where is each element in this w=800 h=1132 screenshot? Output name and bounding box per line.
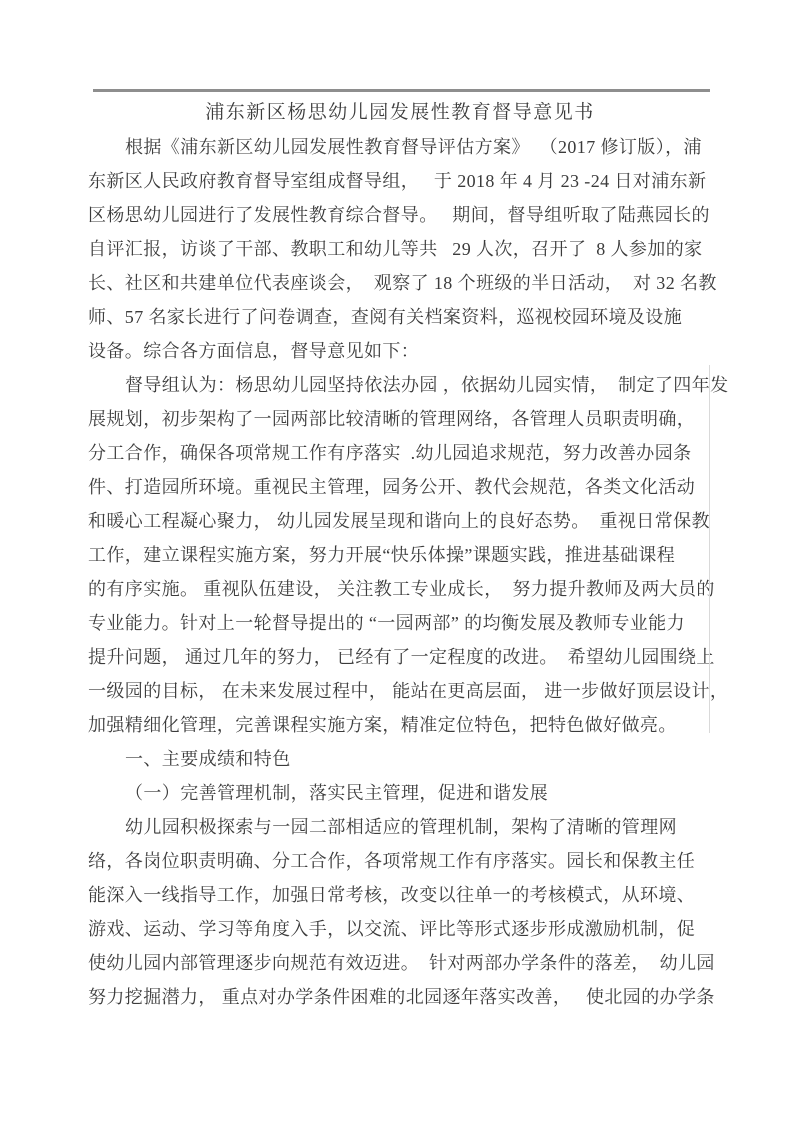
text-line: 设备。综合各方面信息，督导意见如下： — [88, 334, 715, 368]
text-line: 游戏、运动、学习等角度入手，以交流、评比等形式逐步形成激励机制，促 — [88, 912, 715, 946]
text-line: 根据《浦东新区幼儿园发展性教育督导评估方案》 （2017 修订版），浦 — [88, 130, 715, 164]
text-line: 自评汇报，访谈了干部、教职工和幼儿等共 29 人次，召开了 8 人参加的家 — [88, 232, 715, 266]
text-line: 的有序实施。 重视队伍建设， 关注教工专业成长， 努力提升教师及两大员的 — [88, 572, 715, 606]
text-line: 长、社区和共建单位代表座谈会， 观察了 18 个班级的半日活动， 对 32 名教 — [88, 266, 715, 300]
text-line: 一级园的目标， 在未来发展过程中， 能站在更高层面， 进一步做好顶层设计， — [88, 674, 715, 708]
text-line: 努力挖掘潜力， 重点对办学条件困难的北园逐年落实改善， 使北园的办学条 — [88, 980, 715, 1014]
right-border-line — [709, 365, 710, 733]
text-line: 东新区人民政府教育督导室组成督导组， 于 2018 年 4 月 23 -24 日… — [88, 164, 715, 198]
text-line: 工作，建立课程实施方案，努力开展“快乐体操”课题实践，推进基础课程 — [88, 538, 715, 572]
text-line: 提升问题， 通过几年的努力， 已经有了一定程度的改进。 希望幼儿园围绕上 — [88, 640, 715, 674]
text-line: 使幼儿园内部管理逐步向规范有效迈进。 针对两部办学条件的落差， 幼儿园 — [88, 946, 715, 980]
text-line: 幼儿园积极探索与一园二部相适应的管理机制，架构了清晰的管理网 — [88, 810, 715, 844]
text-line: 展规划，初步架构了一园两部比较清晰的管理网络，各管理人员职责明确， — [88, 402, 715, 436]
document-page: 浦东新区杨思幼儿园发展性教育督导意见书 根据《浦东新区幼儿园发展性教育督导评估方… — [0, 0, 800, 1132]
text-line: 专业能力。针对上一轮督导提出的 “一园两部” 的均衡发展及教师专业能力 — [88, 606, 715, 640]
text-line: 件、打造园所环境。重视民主管理，园务公开、教代会规范，各类文化活动 — [88, 470, 715, 504]
document-title: 浦东新区杨思幼儿园发展性教育督导意见书 — [88, 100, 712, 126]
text-line: 分工合作，确保各项常规工作有序落实 .幼儿园追求规范，努力改善办园条 — [88, 436, 715, 470]
section-heading: 一、主要成绩和特色 — [88, 742, 715, 776]
text-line: 加强精细化管理，完善课程实施方案，精准定位特色，把特色做好做亮。 — [88, 708, 715, 742]
subsection-heading: （一）完善管理机制，落实民主管理，促进和谐发展 — [88, 776, 715, 810]
text-line: 能深入一线指导工作，加强日常考核，改变以往单一的考核模式，从环境、 — [88, 878, 715, 912]
text-line: 区杨思幼儿园进行了发展性教育综合督导。 期间，督导组听取了陆燕园长的 — [88, 198, 715, 232]
text-line: 和暖心工程凝心聚力， 幼儿园发展呈现和谐向上的良好态势。 重视日常保教 — [88, 504, 715, 538]
text-line: 络，各岗位职责明确、分工合作，各项常规工作有序落实。园长和保教主任 — [88, 844, 715, 878]
text-line: 督导组认为：杨思幼儿园坚持依法办园 ，依据幼儿园实情， 制定了四年发 — [88, 368, 715, 402]
text-line: 师、57 名家长进行了问卷调查，查阅有关档案资料，巡视校园环境及设施 — [88, 300, 715, 334]
document-body: 根据《浦东新区幼儿园发展性教育督导评估方案》 （2017 修订版），浦 东新区人… — [88, 130, 715, 1014]
header-rule — [93, 89, 710, 92]
